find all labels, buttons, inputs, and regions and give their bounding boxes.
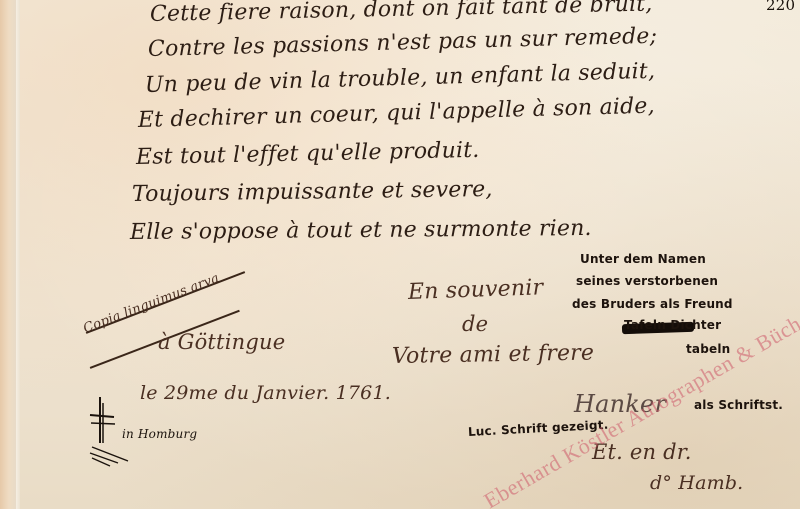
- cross-note: in Homburg: [122, 427, 197, 441]
- annotation-line: seines verstorbenen: [576, 274, 718, 288]
- annotation-line: des Bruders als Freund: [572, 297, 733, 311]
- dedication-line: Votre ami et frere: [392, 340, 595, 369]
- signature-line: d° Hamb.: [650, 472, 743, 494]
- poem-line: Contre les passions n'est pas un sur rem…: [148, 24, 658, 62]
- poem-line: Toujours impuissante et severe,: [132, 177, 493, 207]
- binding-edge: [0, 0, 17, 509]
- date: le 29me du Janvier. 1761.: [140, 382, 391, 404]
- binding-gutter: [16, 0, 20, 509]
- poem-line: Est tout l'effet qu'elle produit.: [136, 138, 480, 170]
- page-number: 220: [766, 0, 795, 14]
- place: à Göttingue: [158, 330, 285, 354]
- annotation-line: Tafeln Dichter: [624, 318, 721, 332]
- signature-gloss: als Schriftst.: [694, 398, 783, 412]
- dedication-line: En souvenir: [408, 275, 544, 305]
- annotation-line: Unter dem Namen: [580, 252, 706, 266]
- poem-line: Cette fiere raison, dont on fait tant de…: [150, 0, 653, 27]
- dedication-line: de: [462, 312, 488, 336]
- poem-line: Et dechirer un coeur, qui l'appelle à so…: [138, 94, 655, 133]
- motto: Copia linguimus arva: [81, 271, 221, 337]
- manuscript-page: 220 Cette fiere raison, dont on fait tan…: [0, 0, 800, 509]
- poem-line: Un peu de vin la trouble, un enfant la s…: [145, 59, 656, 98]
- poem-line: Elle s'oppose à tout et ne surmonte rien…: [130, 216, 592, 245]
